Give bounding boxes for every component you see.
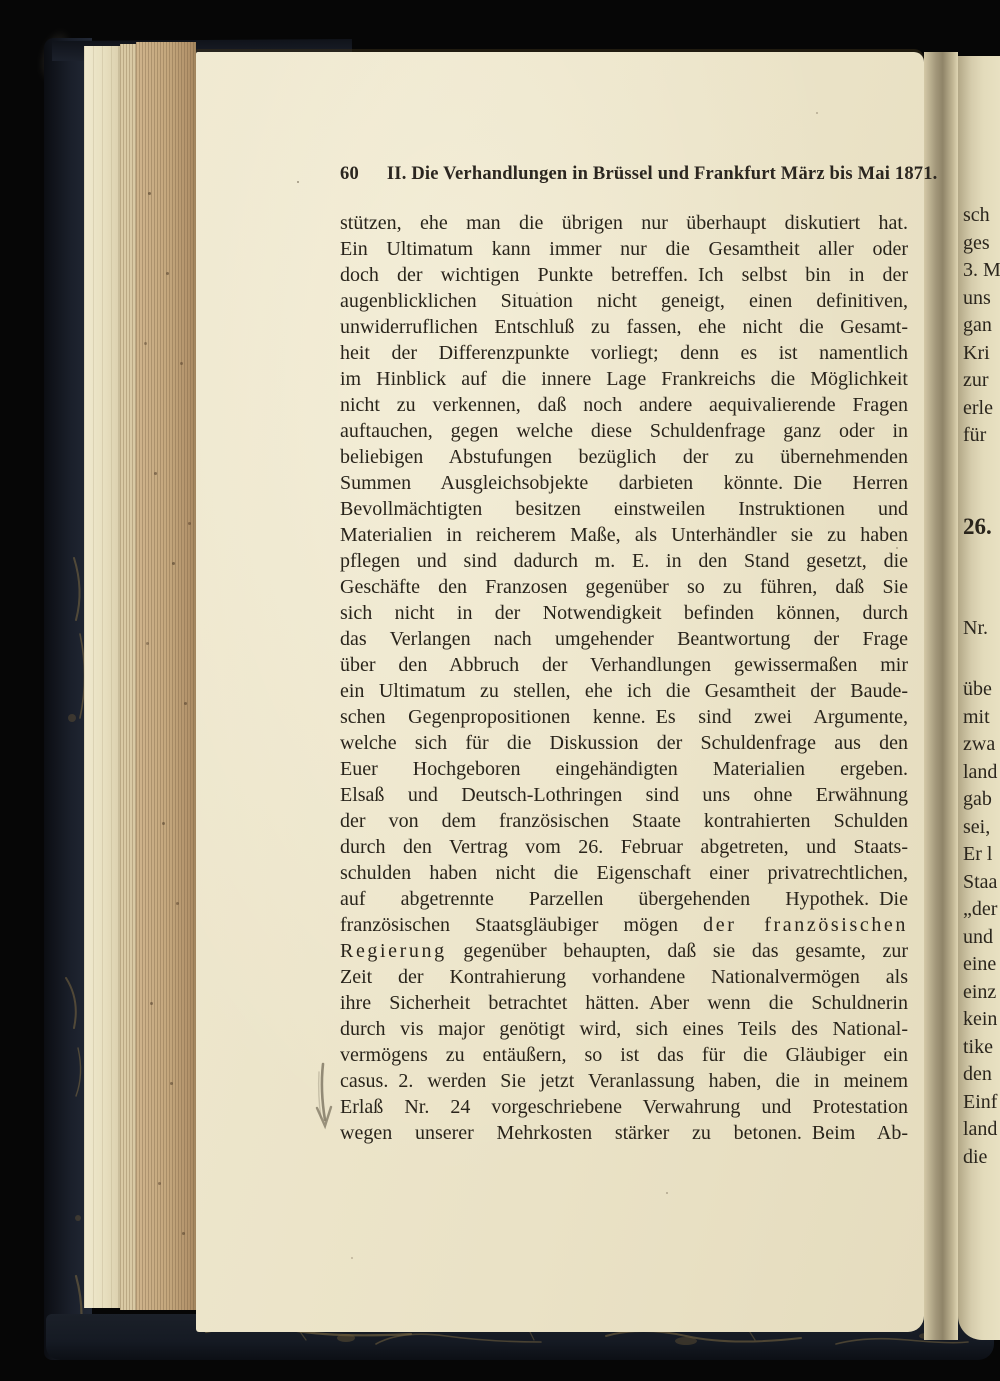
- text-line: sich nicht in der Notwendigkeit befinden…: [340, 600, 908, 626]
- book-page: 60 II. Die Verhandlungen in Brüssel und …: [196, 52, 924, 1332]
- facing-page-line: 3. M: [958, 257, 1000, 285]
- facing-page-line: zur: [958, 367, 1000, 395]
- facing-page-sliver: schges3. MunsganKrizurerlefür 26. Nr. üb…: [958, 56, 1000, 1340]
- facing-page-line: einz: [958, 979, 1000, 1007]
- facing-page-line: ges: [958, 230, 1000, 258]
- facing-page-line: erle: [958, 395, 1000, 423]
- text-line: Erlaß Nr. 24 vorgeschriebene Verwahrung …: [340, 1094, 908, 1120]
- facing-page-line: übe: [958, 676, 1000, 704]
- facing-page-line: land: [958, 759, 1000, 787]
- paper-specks: [196, 52, 198, 54]
- page-edge-flyleaf-stack: [84, 46, 120, 1308]
- facing-page-line: für: [958, 422, 1000, 450]
- text-line: Regierung gegenüber behaupten, daß sie d…: [340, 938, 908, 964]
- text-line: der von dem französischen Staate kontrah…: [340, 808, 908, 834]
- text-line: das Verlangen nach umgehender Beantwortu…: [340, 626, 908, 652]
- facing-page-line: gan: [958, 312, 1000, 340]
- text-line: durch vis major genötigt wird, sich eine…: [340, 1016, 908, 1042]
- text-line: nicht zu verkennen, daß noch andere aequ…: [340, 392, 908, 418]
- text-line: vermögens zu entäußern, so ist das für d…: [340, 1042, 908, 1068]
- text-segment: französischen Staatsgläubiger mögen: [340, 914, 703, 936]
- facing-page-text-top: schges3. MunsganKrizurerlefür: [958, 202, 1000, 450]
- facing-page-line: land: [958, 1116, 1000, 1144]
- text-line: stützen, ehe man die übrigen nur überhau…: [340, 210, 908, 236]
- facing-page-line: zwa: [958, 731, 1000, 759]
- facing-page-line: den: [958, 1061, 1000, 1089]
- text-line: auf abgetrennte Parzellen übergehenden H…: [340, 886, 908, 912]
- text-line: Elsaß und Deutsch-Lothringen sind uns oh…: [340, 782, 908, 808]
- facing-page-line: Er l: [958, 841, 1000, 869]
- text-line: welche sich für die Diskussion der Schul…: [340, 730, 908, 756]
- facing-page-line: „der: [958, 896, 1000, 924]
- text-line: ihre Sicherheit betrachtet hätten. Aber …: [340, 990, 908, 1016]
- facing-page-section-number: 26.: [963, 514, 992, 540]
- text-line: Ein Ultimatum kann immer nur die Gesamth…: [340, 236, 908, 262]
- text-line: durch den Vertrag vom 26. Februar abgetr…: [340, 834, 908, 860]
- page-header: 60 II. Die Verhandlungen in Brüssel und …: [340, 162, 915, 186]
- body-text: stützen, ehe man die übrigen nur überhau…: [340, 210, 908, 1146]
- text-line: im Hinblick auf die innere Lage Frankrei…: [340, 366, 908, 392]
- page-edge-tan-stack: [136, 42, 196, 1310]
- facing-page-line: und: [958, 924, 1000, 952]
- text-line: Bevollmächtigten besitzen einstweilen In…: [340, 496, 908, 522]
- text-line: pflegen und sind dadurch m. E. in den St…: [340, 548, 908, 574]
- text-line: ein Ultimatum zu stellen, ehe ich die Ge…: [340, 678, 908, 704]
- facing-page-line: Kri: [958, 340, 1000, 368]
- text-line: doch der wichtigen Punkte betreffen. Ich…: [340, 262, 908, 288]
- page-number: 60: [340, 162, 359, 186]
- text-line: schen Gegenpropositionen kenne. Es sind …: [340, 704, 908, 730]
- page-gutter-shadow: [924, 52, 958, 1340]
- page-edge-thin-stack: [120, 44, 136, 1310]
- facing-page-line: sch: [958, 202, 1000, 230]
- facing-page-line: mit: [958, 704, 1000, 732]
- facing-page-line: eine: [958, 951, 1000, 979]
- facing-page-line: kein: [958, 1006, 1000, 1034]
- facing-page-line: Staa: [958, 869, 1000, 897]
- text-line: heit der Differenzpunkte vorliegt; denn …: [340, 340, 908, 366]
- text-line: Summen Ausgleichsobjekte darbieten könnt…: [340, 470, 908, 496]
- text-segment: gegenüber behaupten, daß sie das gesamte…: [447, 940, 908, 962]
- text-line: schulden haben nicht die Eigenschaft ein…: [340, 860, 908, 886]
- facing-page-line: die: [958, 1144, 1000, 1172]
- facing-page-doc-label: Nr.: [963, 617, 988, 640]
- facing-page-line: tike: [958, 1034, 1000, 1062]
- text-line: beliebigen Abstufungen bezüglich der zu …: [340, 444, 908, 470]
- facing-page-text-bottom: übemitzwalandgabsei,Er lStaa„derundeinee…: [958, 676, 1000, 1171]
- text-line: casus. 2. werden Sie jetzt Veranlassung …: [340, 1068, 908, 1094]
- emphasized-text-segment: der französischen: [703, 914, 908, 936]
- text-line: Geschäfte den Franzosen gegenüber so zu …: [340, 574, 908, 600]
- facing-page-line: sei,: [958, 814, 1000, 842]
- text-line: wegen unserer Mehrkosten stärker zu beto…: [340, 1120, 908, 1146]
- book-scan-photo: schges3. MunsganKrizurerlefür 26. Nr. üb…: [0, 0, 1000, 1381]
- text-line: unwiderruflichen Entschluß zu fassen, eh…: [340, 314, 908, 340]
- text-line: französischen Staatsgläubiger mögen der …: [340, 912, 908, 938]
- facing-page-line: gab: [958, 786, 1000, 814]
- facing-page-line: Einf: [958, 1089, 1000, 1117]
- text-line: auftauchen, gegen welche diese Schuldenf…: [340, 418, 908, 444]
- running-header: II. Die Verhandlungen in Brüssel und Fra…: [387, 162, 938, 186]
- emphasized-text-segment: Regierung: [340, 940, 447, 962]
- text-line: über den Abbruch der Verhandlungen gewis…: [340, 652, 908, 678]
- facing-page-line: uns: [958, 285, 1000, 313]
- pencil-down-arrow-mark: [314, 1060, 338, 1138]
- text-line: Zeit der Kontrahierung vorhandene Nation…: [340, 964, 908, 990]
- text-line: augenblicklichen Situation nicht geneigt…: [340, 288, 908, 314]
- text-line: Euer Hochgeboren eingehändigten Material…: [340, 756, 908, 782]
- foxing-specks: [136, 42, 139, 45]
- text-line: Materialien in reicherem Maße, als Unter…: [340, 522, 908, 548]
